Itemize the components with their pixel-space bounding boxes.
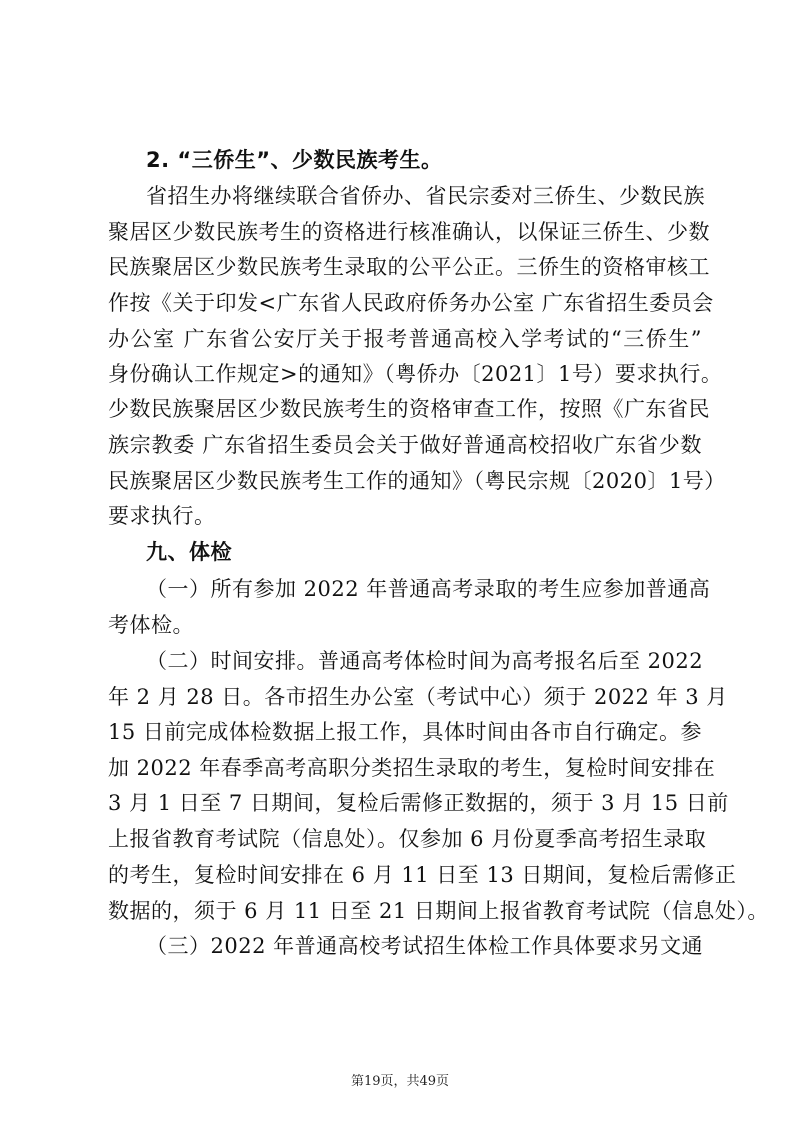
section-heading: 2. “三侨生”、少数民族考生。 [146,142,702,178]
paragraph-line: 15 日前完成体检数据上报工作，具体时间由各市自行确定。参 [108,714,702,750]
paragraph-line: （三）2022 年普通高校考试招生体检工作具体要求另文通 [146,928,702,964]
paragraph-line: 年 2 月 28 日。各市招生办公室（考试中心）须于 2022 年 3 月 [108,679,702,715]
paragraph-line: 族宗教委 广东省招生委员会关于做好普通高校招收广东省少数 [108,427,702,463]
page-number-footer: 第19页，共49页 [0,1070,800,1089]
paragraph-line: 要求执行。 [108,498,702,534]
paragraph-line: （二）时间安排。普通高考体检时间为高考报名后至 2022 [146,643,702,679]
paragraph-line: 民族聚居区少数民族考生工作的通知》（粤民宗规〔2020〕1号） [108,463,702,499]
section-heading: 九、体检 [146,534,702,570]
paragraph-line: 上报省教育考试院（信息处）。仅参加 6 月份夏季高考招生录取 [108,821,702,857]
paragraph-line: 办公室 广东省公安厅关于报考普通高校入学考试的“三侨生” [108,321,702,357]
paragraph-line: 民族聚居区少数民族考生录取的公平公正。三侨生的资格审核工 [108,249,702,285]
paragraph-line: 身份确认工作规定>的通知》（粤侨办〔2021〕1号）要求执行。 [108,356,702,392]
document-page: 2. “三侨生”、少数民族考生。省招生办将继续联合省侨办、省民宗委对三侨生、少数… [0,0,800,1131]
paragraph-line: （一）所有参加 2022 年普通高考录取的考生应参加普通高 [146,571,702,607]
paragraph-line: 考体检。 [108,607,702,643]
paragraph-line: 的考生，复检时间安排在 6 月 11 日至 13 日期间，复检后需修正 [108,857,702,893]
paragraph-line: 3 月 1 日至 7 日期间，复检后需修正数据的，须于 3 月 15 日前 [108,785,702,821]
paragraph-line: 聚居区少数民族考生的资格进行核准确认，以保证三侨生、少数 [108,214,702,250]
paragraph-line: 少数民族聚居区少数民族考生的资格审查工作，按照《广东省民 [108,391,702,427]
paragraph-line: 作按《关于印发<广东省人民政府侨务办公室 广东省招生委员会 [108,285,702,321]
paragraph-line: 数据的，须于 6 月 11 日至 21 日期间上报省教育考试院（信息处）。 [108,893,702,929]
paragraph-line: 加 2022 年春季高考高职分类招生录取的考生，复检时间安排在 [108,750,702,786]
paragraph-line: 省招生办将继续联合省侨办、省民宗委对三侨生、少数民族 [146,178,702,214]
